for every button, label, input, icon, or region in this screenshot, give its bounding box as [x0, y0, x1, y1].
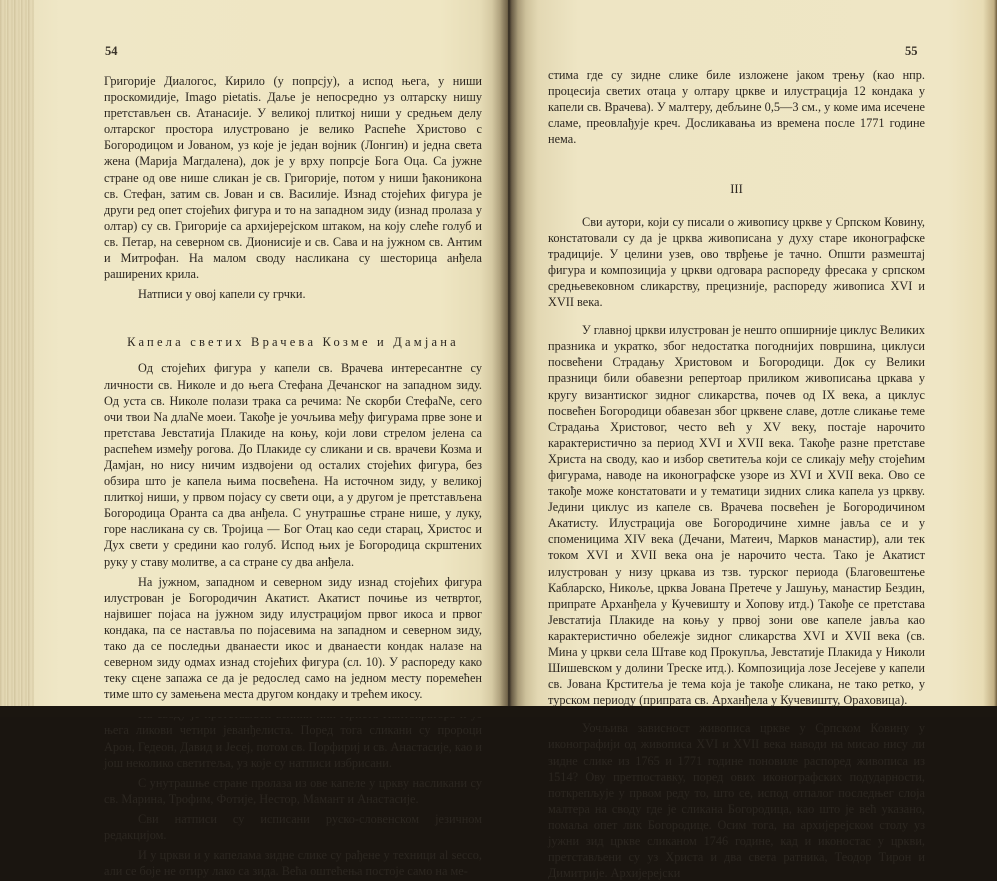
book-gutter	[492, 0, 526, 710]
right-page-body: стима где су зидне слике биле изложене ј…	[548, 67, 925, 717]
section-heading: III	[548, 181, 925, 197]
paragraph: Григорије Диалогос, Кирило (у попрсју), …	[104, 73, 482, 282]
paragraph: У главној цркви илустрован је нешто опши…	[548, 322, 925, 708]
paragraph: Од стојећих фигура у капели св. Врачева …	[104, 360, 482, 569]
paragraph: стима где су зидне слике биле изложене ј…	[548, 67, 925, 147]
page-number-left: 54	[105, 44, 118, 59]
section-heading: Капела светих Врачева Козме и Дамјана	[104, 334, 482, 350]
paragraph: Сви аутори, који су писали о живопису цр…	[548, 214, 925, 311]
paragraph: На јужном, западном и северном зиду изна…	[104, 574, 482, 703]
left-page: 54 Григорије Диалогос, Кирило (у попрсју…	[0, 0, 508, 710]
left-page-body: Григорије Диалогос, Кирило (у попрсју), …	[104, 73, 482, 717]
page-number-right: 55	[905, 44, 918, 59]
right-page: 55 стима где су зидне слике биле изложен…	[508, 0, 997, 710]
background-edge	[0, 706, 997, 717]
paragraph: Натписи у овој капели су грчки.	[104, 286, 482, 302]
book-spread: 54 Григорије Диалогос, Кирило (у попрсју…	[0, 0, 997, 710]
page-edges	[0, 0, 34, 710]
